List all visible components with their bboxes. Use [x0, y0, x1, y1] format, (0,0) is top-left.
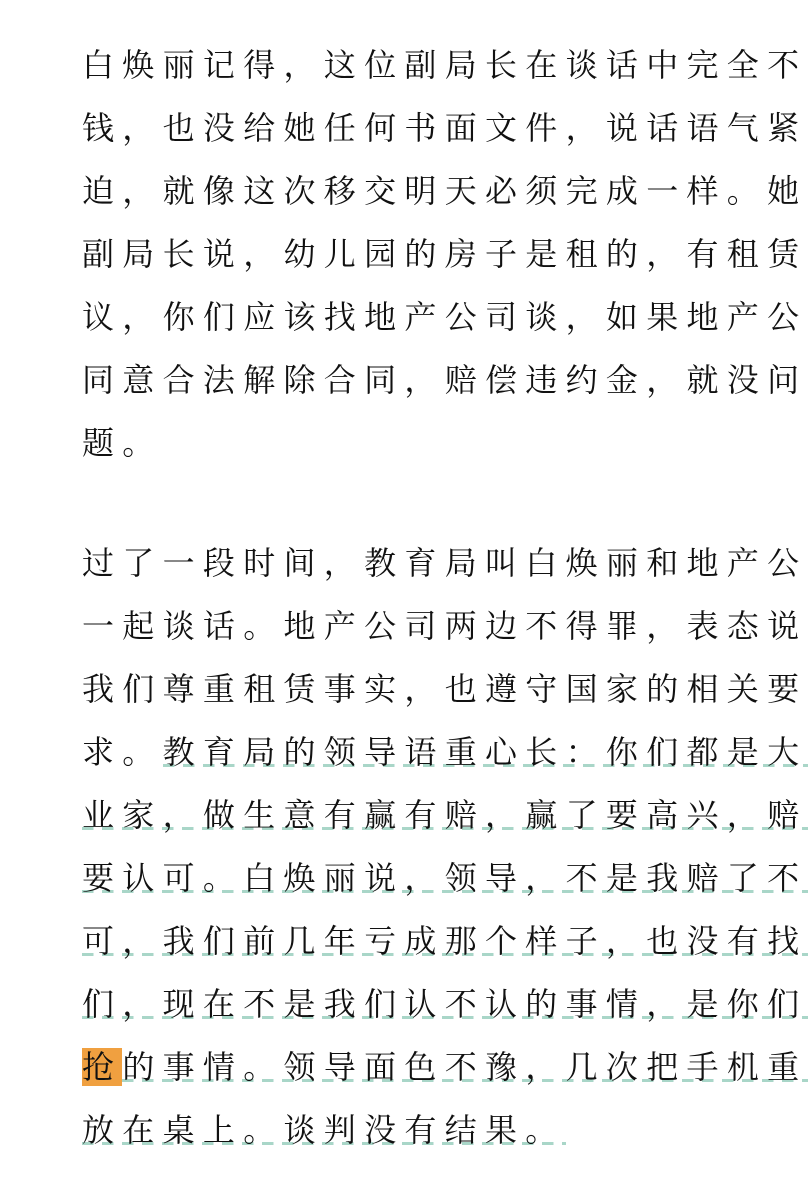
underlined-annotation-text[interactable]: 要认可。白焕丽说，领导，不是我赔了不认: [82, 859, 808, 897]
underlined-annotation-text[interactable]: 放在桌上。谈判没有结果。: [82, 1111, 566, 1149]
text-line: 同意合法解除合同，赔偿违约金，就没问: [82, 349, 742, 412]
underlined-annotation-text[interactable]: 教育局的领导语重心长：你们都是大企: [163, 733, 808, 771]
text-line: 求。教育局的领导语重心长：你们都是大企: [82, 721, 742, 784]
text-line: 们，现在不是我们认不认的事情，是你们要: [82, 973, 742, 1036]
selected-highlight-char[interactable]: 抢: [82, 1048, 122, 1086]
text-line: 钱，也没给她任何书面文件，说话语气紧: [82, 97, 742, 160]
underline-wrapper: 抢的事情。领导面色不豫，几次把手机重重: [82, 1048, 808, 1086]
paragraph-1: 白焕丽记得，这位副局长在谈话中完全不提 钱，也没给她任何书面文件，说话语气紧 迫…: [82, 34, 742, 475]
text-line: 议，你们应该找地产公司谈，如果地产公司: [82, 286, 742, 349]
text-line: 我们尊重租赁事实，也遵守国家的相关要: [82, 658, 742, 721]
text-line: 放在桌上。谈判没有结果。: [82, 1099, 742, 1162]
underlined-annotation-text[interactable]: 业家，做生意有赢有赔，赢了要高兴，赔了: [82, 796, 808, 834]
text-line: 一起谈话。地产公司两边不得罪，表态说，: [82, 595, 742, 658]
text-line: 过了一段时间，教育局叫白焕丽和地产公司: [82, 532, 742, 595]
paragraph-2: 过了一段时间，教育局叫白焕丽和地产公司 一起谈话。地产公司两边不得罪，表态说， …: [82, 532, 742, 1162]
text-line: 白焕丽记得，这位副局长在谈话中完全不提: [82, 34, 742, 97]
article-body: 白焕丽记得，这位副局长在谈话中完全不提 钱，也没给她任何书面文件，说话语气紧 迫…: [82, 34, 742, 1162]
text-line: 副局长说，幼儿园的房子是租的，有租赁协: [82, 223, 742, 286]
underlined-annotation-text[interactable]: 的事情。领导面色不豫，几次把手机重重: [122, 1048, 808, 1086]
paragraph-spacer: [82, 475, 742, 532]
text-line: 可，我们前几年亏成那个样子，也没有找你: [82, 910, 742, 973]
text-line: 要认可。白焕丽说，领导，不是我赔了不认: [82, 847, 742, 910]
text-line: 题。: [82, 412, 742, 475]
plain-text: 求。: [82, 733, 163, 771]
text-line: 迫，就像这次移交明天必须完成一样。她对: [82, 160, 742, 223]
underlined-annotation-text[interactable]: 们，现在不是我们认不认的事情，是你们要: [82, 985, 808, 1023]
underlined-annotation-text[interactable]: 可，我们前几年亏成那个样子，也没有找你: [82, 922, 808, 960]
text-line: 业家，做生意有赢有赔，赢了要高兴，赔了: [82, 784, 742, 847]
text-line: 抢的事情。领导面色不豫，几次把手机重重: [82, 1036, 742, 1099]
